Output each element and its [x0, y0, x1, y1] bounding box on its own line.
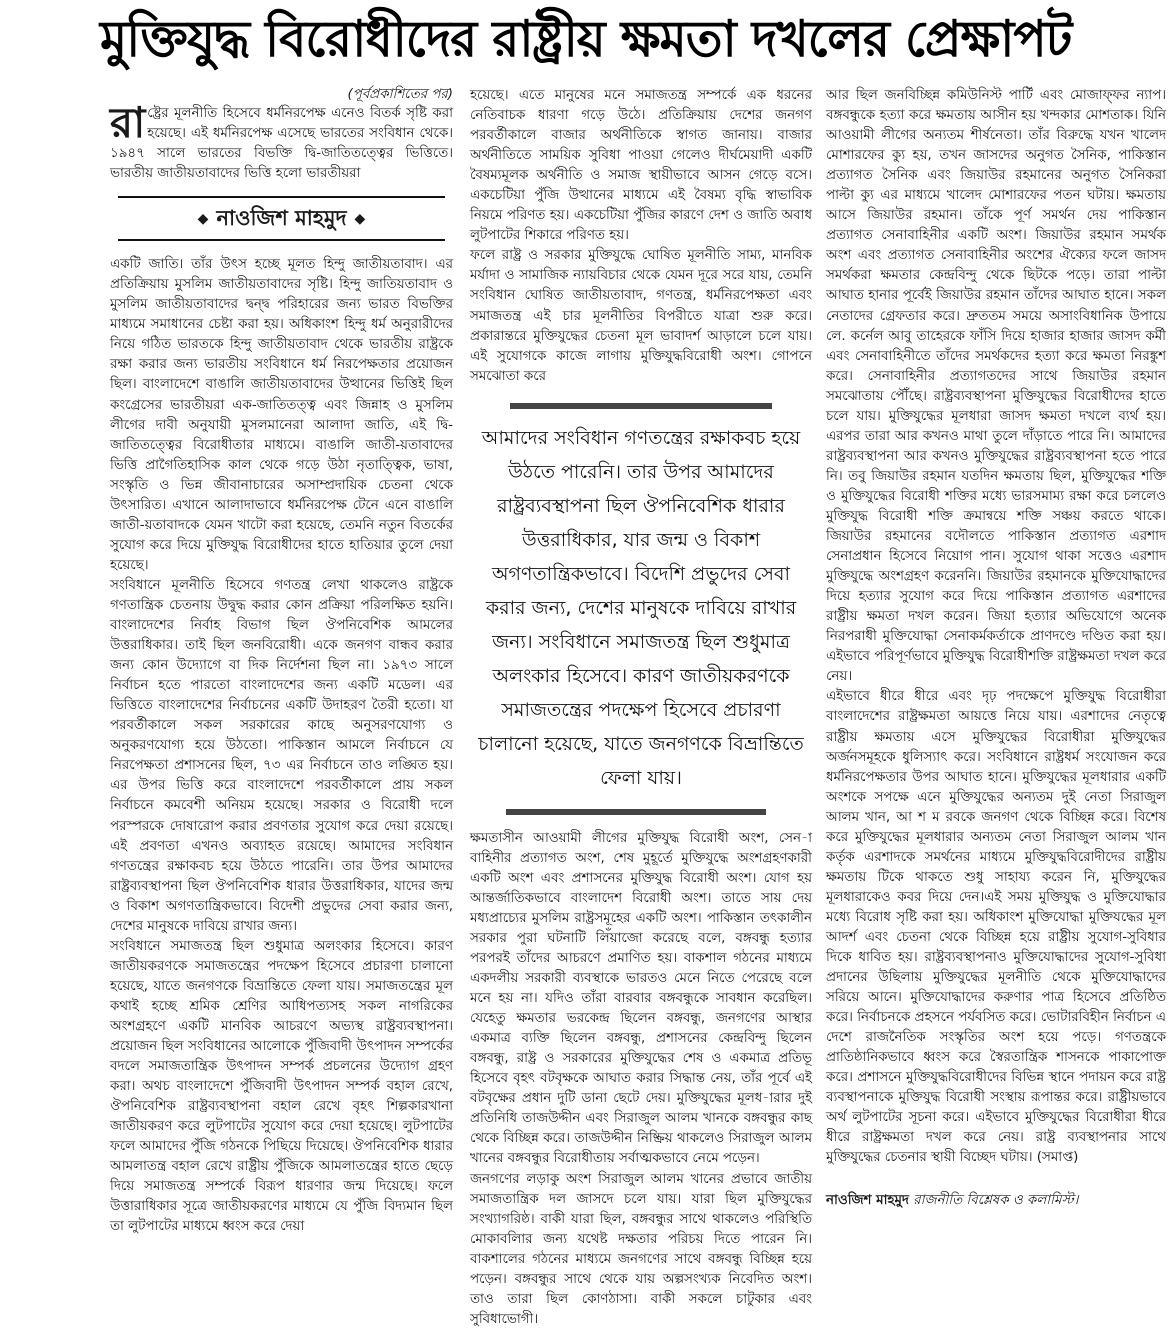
continuation-note: (পূর্বপ্রকাশিতের পর) [110, 86, 453, 104]
article-column-1: (পূর্বপ্রকাশিতের পর) রাষ্ট্রের মূলনীতি হ… [110, 86, 453, 1237]
paragraph: আর ছিল জনবিচ্ছিন্ন কমিউনিস্ট পার্টি এবং … [826, 86, 1166, 687]
pull-quote: আমাদের সংবিধান গণতন্ত্রের রক্ষাকবচ হয়ে … [470, 403, 812, 815]
paragraph: ফলে রাষ্ট্র ও সরকার মুক্তিযুদ্ধে ঘোষিত ম… [470, 246, 812, 386]
paragraph: সংবিধানে সমাজতন্ত্র ছিল শুধুমাত্র অলংকার… [110, 937, 453, 1238]
author-footer: নাওজিশ মাহমুদ রাজনীতি বিশ্লেষক ও কলামিস্… [826, 1191, 1166, 1211]
author-role: রাজনীতি বিশ্লেষক ও কলামিস্ট। [913, 1193, 1078, 1208]
paragraph: এইভাবে ধীরে ধীরে এবং দৃঢ় পদক্ষেপে মুক্ত… [826, 687, 1166, 1168]
diamond-icon: ◆ [198, 211, 209, 227]
diamond-icon: ◆ [355, 211, 366, 227]
paragraph: হয়েছে। এতে মানুষের মনে সমাজতন্ত্র সম্পর… [470, 86, 812, 246]
paragraph: ক্ষমতাসীন আওয়ামী লীগের মুক্তিযুদ্ধ বিরো… [470, 829, 812, 1170]
intro-text: ষ্ট্রের মূলনীতি হিসেবে ধর্মনিরপেক্ষ এনেও… [110, 106, 453, 181]
paragraph: একটি জাতি। তাঁর উৎস হচ্ছে মূলত হিন্দু জা… [110, 255, 453, 576]
byline-author: নাওজিশ মাহমুদ [216, 206, 346, 230]
article-headline: মুক্তিযুদ্ধ বিরোধীদের রাষ্ট্রীয় ক্ষমতা … [100, 2, 1152, 76]
byline: ◆নাওজিশ মাহমুদ◆ [110, 198, 453, 239]
byline-box: ◆নাওজিশ মাহমুদ◆ [110, 196, 453, 241]
drop-cap: রা [110, 106, 145, 140]
pull-quote-text: আমাদের সংবিধান গণতন্ত্রের রক্ষাকবচ হয়ে … [470, 409, 812, 809]
article-column-2: হয়েছে। এতে মানুষের মনে সমাজতন্ত্র সম্পর… [470, 86, 812, 1330]
pull-quote-rule-bottom [506, 809, 766, 815]
byline-rule-bottom [118, 239, 445, 241]
article-column-3: আর ছিল জনবিচ্ছিন্ন কমিউনিস্ট পার্টি এবং … [826, 86, 1166, 1211]
paragraph: জনগণের লড়াকু অংশ সিরাজুল আলম খানের প্রভ… [470, 1170, 812, 1330]
author-name: নাওজিশ মাহমুদ [826, 1193, 909, 1208]
paragraph: সংবিধানে মূলনীতি হিসেবে গণতন্ত্র লেখা থা… [110, 576, 453, 937]
article-intro: রাষ্ট্রের মূলনীতি হিসেবে ধর্মনিরপেক্ষ এন… [110, 104, 453, 184]
